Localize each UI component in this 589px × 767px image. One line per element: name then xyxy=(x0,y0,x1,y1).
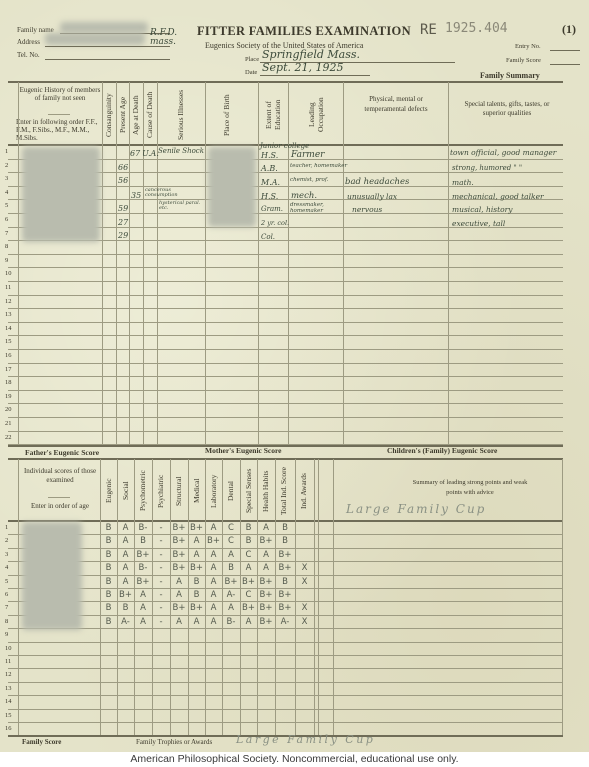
row-line xyxy=(8,403,563,404)
score-cell: A xyxy=(134,590,152,600)
score-cell: B+ xyxy=(257,577,275,587)
row2-present-age: 66 xyxy=(118,163,128,172)
score-cell: A xyxy=(117,563,134,573)
lower-row-number: 12 xyxy=(5,671,17,678)
score-cell: B- xyxy=(134,523,152,533)
upper-row-number: 18 xyxy=(5,379,17,386)
row3-present-age: 56 xyxy=(118,176,128,185)
score-cell: B xyxy=(275,536,295,546)
score-cell: B+ xyxy=(170,603,188,613)
score-cell: A- xyxy=(117,617,134,627)
score-cell: A- xyxy=(275,617,295,627)
grid-line xyxy=(333,459,334,735)
row4-talents: mechanical, good talker xyxy=(452,192,544,201)
header-special-talents: Special talents, gifts, tastes, or super… xyxy=(462,100,552,118)
row-line xyxy=(8,417,563,418)
score-cell: B- xyxy=(222,617,240,627)
row-line xyxy=(8,601,563,602)
score-cell: A xyxy=(170,590,188,600)
row-line xyxy=(8,322,563,323)
header-leading-occupation: Leading Occupation xyxy=(307,88,325,142)
score-cell: A xyxy=(205,550,222,560)
score-cell: A xyxy=(205,603,222,613)
header-present-age: Present Age xyxy=(118,88,127,142)
individual-scores-title: Individual scores of those examined xyxy=(20,467,100,485)
score-cell: B xyxy=(100,523,117,533)
score-cell: - xyxy=(152,523,170,533)
upper-row-number: 13 xyxy=(5,311,17,318)
row-line xyxy=(8,308,563,309)
score-cell: A xyxy=(117,577,134,587)
archive-caption: American Philosophical Society. Noncomme… xyxy=(0,752,589,767)
score-cell: A xyxy=(188,550,205,560)
row-line xyxy=(8,628,563,629)
score-cell: A xyxy=(205,577,222,587)
score-cell: A xyxy=(117,523,134,533)
children-score-label: Children's (Family) Eugenic Score xyxy=(387,446,497,455)
row-line xyxy=(8,376,563,377)
upper-row-number: 22 xyxy=(5,434,17,441)
score-cell: B xyxy=(222,563,240,573)
row5-defects: nervous xyxy=(352,205,382,214)
score-cell: B xyxy=(100,617,117,627)
row1-education: H.S. xyxy=(261,151,278,160)
birthplace-redacted xyxy=(208,147,256,227)
row-line xyxy=(8,349,563,350)
upper-row-number: 3 xyxy=(5,175,17,182)
score-cell: C xyxy=(222,536,240,546)
header-total-ind-score: Total Ind. Score xyxy=(279,464,288,518)
score-cell: B+ xyxy=(170,550,188,560)
address-label: Address xyxy=(17,38,40,46)
lower-row-number: 13 xyxy=(5,685,17,692)
upper-row-number: 5 xyxy=(5,202,17,209)
row7-present-age: 29 xyxy=(118,231,128,240)
header-consanguinity: Consanguinity xyxy=(104,88,113,142)
score-cell: - xyxy=(152,617,170,627)
row-line xyxy=(8,561,563,562)
header-serious-illnesses: Serious Illnesses xyxy=(176,88,194,142)
row-line xyxy=(8,548,563,549)
accession-number: 1925.404 xyxy=(445,21,508,36)
score-cell: A xyxy=(205,523,222,533)
lower-row-number: 14 xyxy=(5,698,17,705)
lower-row-number: 10 xyxy=(5,645,17,652)
score-cell: B xyxy=(240,536,257,546)
score-cell: A xyxy=(170,577,188,587)
score-cell: A xyxy=(257,523,275,533)
score-cell: B xyxy=(275,523,295,533)
score-cell: B xyxy=(100,590,117,600)
header-eugenic: Eugenic xyxy=(104,464,113,518)
page-number: (1) xyxy=(562,22,576,37)
upper-row-number: 12 xyxy=(5,298,17,305)
form-title: FITTER FAMILIES EXAMINATION xyxy=(197,24,411,39)
upper-row-number: 1 xyxy=(5,148,17,155)
upper-row-number: 19 xyxy=(5,393,17,400)
row2-occupation: teacher, homemaker xyxy=(290,163,347,169)
header-age-at-death: Age at Death xyxy=(131,88,140,142)
upper-row-number: 15 xyxy=(5,338,17,345)
row1-talents: town official, good manager xyxy=(450,148,556,157)
header-social: Social xyxy=(121,464,130,518)
upper-row-number: 9 xyxy=(5,257,17,264)
lower-row-number: 2 xyxy=(5,537,17,544)
row6-present-age: 27 xyxy=(118,218,128,227)
upper-row-number: 4 xyxy=(5,189,17,196)
row-line xyxy=(8,281,563,282)
row2-education: A.B. xyxy=(261,164,278,173)
header-extent-of-education: Extent of Education xyxy=(264,88,282,142)
lower-row-number: 6 xyxy=(5,591,17,598)
header-medical: Medical xyxy=(192,464,201,518)
header-psychometric: Psychometric xyxy=(138,464,147,518)
score-cell: B xyxy=(188,577,205,587)
score-cell: B xyxy=(188,590,205,600)
footer-trophies-value: Large Family Cup xyxy=(236,733,375,746)
score-cell: A xyxy=(134,603,152,613)
score-cell: A xyxy=(188,536,205,546)
score-cell: B+ xyxy=(240,577,257,587)
score-cell: B+ xyxy=(134,550,152,560)
score-cell: B xyxy=(117,603,134,613)
score-cell: B xyxy=(100,563,117,573)
row1-cause: U.A. xyxy=(142,149,159,158)
history-column-title: Eugenic History of members of family not… xyxy=(18,86,102,102)
row3-defects: bad headaches xyxy=(345,177,409,187)
row-line xyxy=(8,254,563,255)
footer-trophies-label: Family Trophies or Awards xyxy=(136,738,212,746)
score-cell: A xyxy=(134,617,152,627)
score-cell: B+ xyxy=(257,603,275,613)
upper-row-number: 8 xyxy=(5,243,17,250)
score-cell: B+ xyxy=(275,563,295,573)
individual-divider xyxy=(48,497,70,498)
row1-age-at-death: 67 xyxy=(130,149,140,158)
row4-illness: cancerous consumption xyxy=(145,188,200,198)
row4-education: H.S. xyxy=(261,192,278,201)
header-health-habits: Health Habits xyxy=(261,464,270,518)
score-cell: - xyxy=(152,603,170,613)
score-cell: B xyxy=(100,577,117,587)
row-line xyxy=(8,363,563,364)
score-cell: B xyxy=(100,550,117,560)
score-cell: B+ xyxy=(205,536,222,546)
score-cell: B+ xyxy=(170,523,188,533)
score-cell: - xyxy=(152,550,170,560)
score-cell: B+ xyxy=(257,617,275,627)
mother-score-label: Mother's Eugenic Score xyxy=(205,446,282,455)
place-label: Place xyxy=(245,56,259,63)
score-cell: A xyxy=(257,563,275,573)
row3-occupation: chemist, prof. xyxy=(290,177,328,183)
row-line xyxy=(8,575,563,576)
score-cell: A xyxy=(188,617,205,627)
score-cell: X xyxy=(295,577,314,587)
upper-row-number: 7 xyxy=(5,230,17,237)
tel-line xyxy=(45,59,170,60)
father-score-label: Father's Eugenic Score xyxy=(25,448,99,457)
score-cell: B- xyxy=(134,563,152,573)
score-cell: A xyxy=(205,617,222,627)
score-cell: B+ xyxy=(188,603,205,613)
examined-names-redacted xyxy=(22,522,82,630)
family-score-label: Family Score xyxy=(506,57,541,64)
lower-row-number: 16 xyxy=(5,725,17,732)
lower-table-header-border xyxy=(8,520,563,522)
lower-row-number: 15 xyxy=(5,712,17,719)
score-cell: B+ xyxy=(188,523,205,533)
tel-label: Tel. No. xyxy=(17,51,40,59)
header-dental: Dental xyxy=(226,464,235,518)
score-cell: B xyxy=(240,523,257,533)
date-label: Date xyxy=(245,69,257,76)
score-cell: C xyxy=(222,523,240,533)
lower-row-number: 1 xyxy=(5,524,17,531)
row5-talents: musical, history xyxy=(452,205,512,214)
history-divider xyxy=(48,114,70,115)
header-summary: Summary of leading strong points and wea… xyxy=(410,478,530,498)
names-redacted xyxy=(22,147,100,242)
row-line xyxy=(8,390,563,391)
row1-occupation: Farmer xyxy=(291,150,324,160)
score-cell: B+ xyxy=(188,563,205,573)
score-cell: B+ xyxy=(240,603,257,613)
score-cell: C xyxy=(240,550,257,560)
score-cell: - xyxy=(152,577,170,587)
score-cell: B+ xyxy=(170,563,188,573)
row-line xyxy=(8,335,563,336)
score-cell: B+ xyxy=(170,536,188,546)
row-line xyxy=(8,695,563,696)
score-cell: A xyxy=(170,617,188,627)
score-cell: C xyxy=(240,590,257,600)
grid-line xyxy=(295,459,296,735)
score-cell: A xyxy=(240,563,257,573)
score-cell: X xyxy=(295,603,314,613)
entry-no-line xyxy=(550,50,580,51)
lower-row-number: 5 xyxy=(5,578,17,585)
row7-education: Col. xyxy=(261,233,275,241)
score-cell: - xyxy=(152,590,170,600)
header-laboratory: Laboratory xyxy=(209,464,218,518)
upper-table-top-border xyxy=(8,81,563,83)
score-cell: B+ xyxy=(275,550,295,560)
score-cell: A xyxy=(117,536,134,546)
header-place-of-birth: Place of Birth xyxy=(222,88,246,142)
row1-illness: Senile Shock xyxy=(158,147,204,155)
score-cell: B+ xyxy=(275,590,295,600)
score-cell: - xyxy=(152,563,170,573)
header-ind-awards: Ind. Awards xyxy=(299,464,308,518)
row3-talents: math. xyxy=(452,178,474,187)
upper-row-number: 17 xyxy=(5,366,17,373)
row-line xyxy=(8,615,563,616)
score-cell: A- xyxy=(222,590,240,600)
upper-row-number: 21 xyxy=(5,420,17,427)
row-line xyxy=(8,709,563,710)
row-line xyxy=(8,655,563,656)
row5-present-age: 59 xyxy=(118,204,128,213)
score-cell: B+ xyxy=(134,577,152,587)
family-summary-label: Family Summary xyxy=(480,71,540,80)
row3-education: M.A. xyxy=(261,178,280,187)
row5-occupation: dressmaker, homemaker xyxy=(290,202,342,214)
address-line xyxy=(45,46,170,47)
upper-row-number: 14 xyxy=(5,325,17,332)
lower-row-number: 11 xyxy=(5,658,17,665)
row4-age-at-death: 35 xyxy=(131,191,141,200)
row-line xyxy=(8,267,563,268)
address-redacted xyxy=(45,33,145,45)
upper-row-number: 10 xyxy=(5,270,17,277)
footer-family-score-label: Family Score xyxy=(22,738,61,746)
row-line xyxy=(8,642,563,643)
row5-illness: hysterical paral. etc. xyxy=(159,201,201,211)
score-cell: B xyxy=(134,536,152,546)
row-line xyxy=(8,668,563,669)
score-cell: B+ xyxy=(257,590,275,600)
score-cell: X xyxy=(295,563,314,573)
family-score-line xyxy=(550,64,580,65)
score-cell: A xyxy=(205,563,222,573)
upper-row-number: 16 xyxy=(5,352,17,359)
upper-row-number: 20 xyxy=(5,406,17,413)
score-bar-bottom xyxy=(8,458,563,460)
header-physical-defects: Physical, mental or temperamental defect… xyxy=(360,94,432,114)
score-cell: A xyxy=(222,550,240,560)
place-value: Springfield Mass. xyxy=(262,48,360,61)
score-cell: B+ xyxy=(222,577,240,587)
grid-line xyxy=(318,459,319,735)
lower-row-number: 7 xyxy=(5,604,17,611)
score-cell: A xyxy=(222,603,240,613)
entry-no-label: Entry No. xyxy=(515,43,541,50)
header-cause-of-death: Cause of Death xyxy=(145,88,154,142)
date-value: Sept. 21, 1925 xyxy=(262,61,344,74)
row-line xyxy=(8,682,563,683)
row4-occupation: mech. xyxy=(291,191,317,201)
score-cell: A xyxy=(240,617,257,627)
lower-row-number: 3 xyxy=(5,551,17,558)
score-cell: B+ xyxy=(257,536,275,546)
header-structural: Structural xyxy=(174,464,183,518)
header-psychiatric: Psychiatric xyxy=(156,464,165,518)
score-cell: B xyxy=(275,577,295,587)
row-line xyxy=(8,588,563,589)
address-value: R.F.D. mass. xyxy=(150,29,202,47)
grid-line xyxy=(314,459,315,735)
score-cell: A xyxy=(117,550,134,560)
grid-line xyxy=(562,459,563,735)
row4-defects: unusually lax xyxy=(347,192,397,201)
family-name-redacted xyxy=(60,22,148,33)
upper-row-number: 6 xyxy=(5,216,17,223)
history-column-instructions: Enter in following order F.F., F.M., F.S… xyxy=(16,118,104,142)
lower-row-number: 9 xyxy=(5,631,17,638)
row6-talents: executive, tall xyxy=(452,219,505,228)
row-line xyxy=(8,431,563,432)
score-cell: B+ xyxy=(117,590,134,600)
date-line xyxy=(260,75,370,76)
summary-value: Large Family Cup xyxy=(346,502,486,516)
score-cell: B+ xyxy=(275,603,295,613)
lower-row-number: 8 xyxy=(5,618,17,625)
grid-line xyxy=(18,459,19,735)
score-cell: B xyxy=(100,603,117,613)
row2-talents: strong, humored " " xyxy=(452,164,522,172)
row5-education: Gram. xyxy=(261,205,283,213)
row-line xyxy=(8,722,563,723)
row-line xyxy=(8,534,563,535)
score-cell: X xyxy=(295,617,314,627)
accession-stamp-prefix: RE xyxy=(420,22,437,38)
row6-education: 2 yr. col. xyxy=(261,219,289,227)
score-cell: B xyxy=(100,536,117,546)
row-line xyxy=(8,295,563,296)
upper-row-number: 2 xyxy=(5,162,17,169)
education-note: Junior college xyxy=(260,142,309,150)
lower-row-number: 4 xyxy=(5,564,17,571)
upper-row-number: 11 xyxy=(5,284,17,291)
score-cell: - xyxy=(152,536,170,546)
score-cell: A xyxy=(205,590,222,600)
header-special-senses: Special Senses xyxy=(244,464,253,518)
score-cell: A xyxy=(257,550,275,560)
individual-instructions: Enter in order of age xyxy=(20,502,100,510)
